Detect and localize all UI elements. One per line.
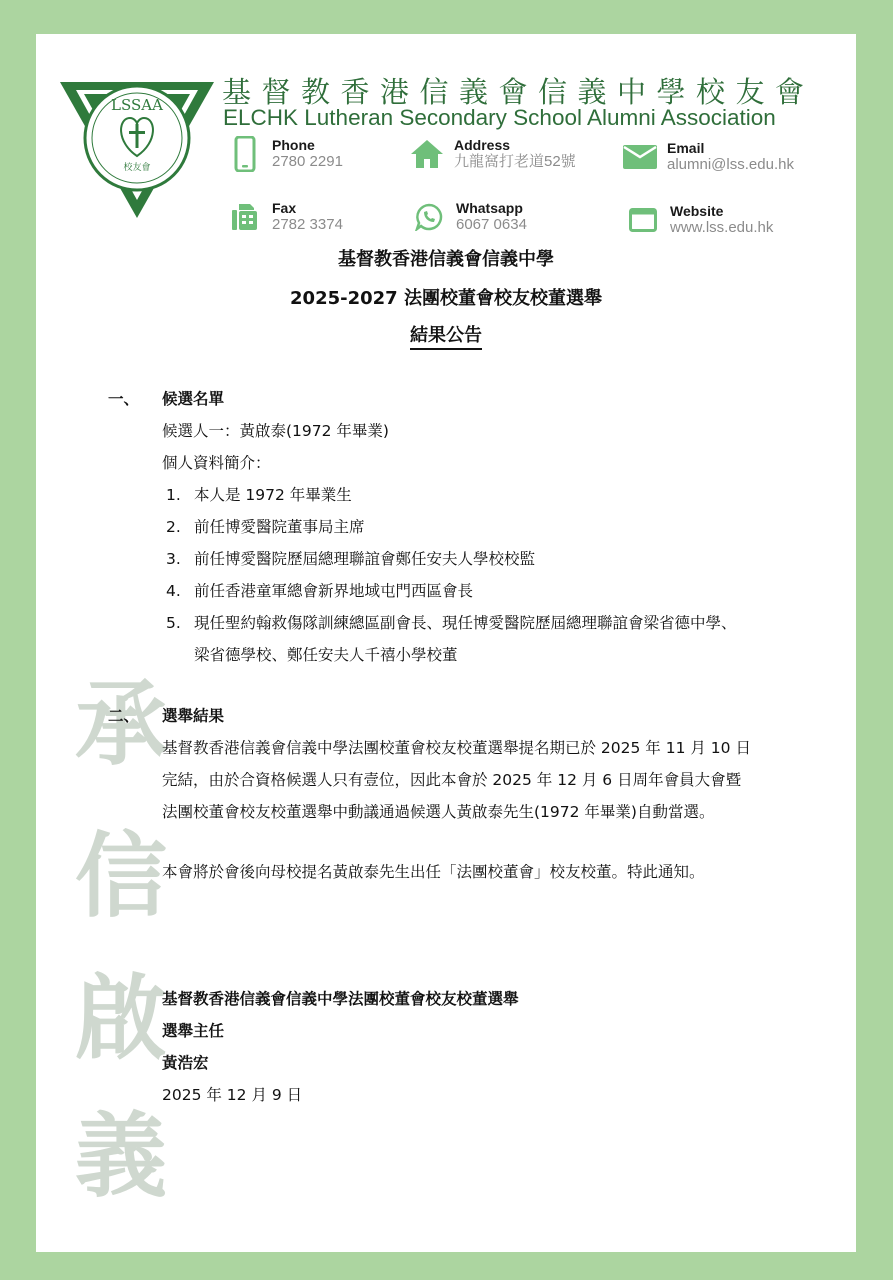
contact-website: Websitewww.lss.edu.hk [626, 203, 773, 237]
org-name-english: ELCHK Lutheran Secondary School Alumni A… [223, 105, 776, 131]
profile-item: 2.前任博愛醫院董事局主席 [166, 515, 365, 537]
document-page: LSSAA 校友會 基督教香港信義會信義中學校友會 ELCHK Lutheran… [36, 34, 856, 1252]
signature-date: 2025 年 12 月 9 日 [162, 1083, 302, 1105]
lssaa-logo: LSSAA 校友會 [56, 72, 218, 220]
title-result-announcement: 結果公告 [36, 321, 856, 347]
profile-item: 5.現任聖約翰救傷隊訓練總區副會長、現任博愛醫院歷屆總理聯誼會梁省德中學、 [166, 611, 737, 633]
contact-whatsapp: Whatsapp6067 0634 [412, 200, 527, 234]
contact-address: Address九龍窩打老道52號 [410, 137, 576, 171]
watermark-char: 啟 [66, 972, 176, 1064]
candidate-line: 候選人一：黃啟泰(1972 年畢業) [162, 419, 389, 441]
profile-item: 1.本人是 1972 年畢業生 [166, 483, 352, 505]
watermark-char: 義 [66, 1110, 176, 1202]
phone-icon [228, 137, 262, 171]
whatsapp-icon [412, 200, 446, 234]
result-paragraph-line: 基督教香港信義會信義中學法團校董會校友校董選舉提名期已於 2025 年 11 月… [162, 736, 751, 758]
title-school: 基督教香港信義會信義中學 [36, 245, 856, 271]
section-1-heading: 候選名單 [162, 387, 224, 409]
fax-icon [228, 200, 262, 234]
result-paragraph-line: 完結，由於合資格候選人只有壹位，因此本會於 2025 年 12 月 6 日周年會… [162, 768, 741, 790]
section-1-marker: 一、 [108, 387, 139, 409]
contact-fax: Fax2782 3374 [228, 200, 343, 234]
section-2-heading: 選舉結果 [162, 704, 224, 726]
profile-item: 3.前任博愛醫院歷屆總理聯誼會鄭任安夫人學校校監 [166, 547, 535, 569]
contact-phone: Phone2780 2291 [228, 137, 343, 171]
signature-name: 黃浩宏 [162, 1051, 209, 1073]
section-2-marker: 二、 [108, 704, 139, 726]
signature-role: 選舉主任 [162, 1019, 224, 1041]
watermark-char: 信 [66, 830, 176, 922]
home-icon [410, 137, 444, 171]
svg-text:校友會: 校友會 [123, 161, 150, 173]
notice-paragraph: 本會將於會後向母校提名黃啟泰先生出任「法團校董會」校友校董。特此通知。 [162, 860, 705, 882]
title-election: 2025-2027 法團校董會校友校董選舉 [36, 284, 856, 310]
profile-item: 4.前任香港童軍總會新界地域屯門西區會長 [166, 579, 473, 601]
contact-email: Emailalumni@lss.edu.hk [623, 140, 794, 174]
email-icon [623, 140, 657, 174]
profile-item-continuation: 梁省德學校、鄭任安夫人千禧小學校董 [194, 643, 458, 665]
profile-label: 個人資料簡介： [162, 451, 271, 473]
website-icon [626, 203, 660, 237]
result-paragraph-line: 法團校董會校友校董選舉中動議通過候選人黃啟泰先生(1972 年畢業)自動當選。 [162, 800, 714, 822]
svg-text:LSSAA: LSSAA [111, 96, 163, 114]
signature-org: 基督教香港信義會信義中學法團校董會校友校董選舉 [162, 987, 519, 1009]
